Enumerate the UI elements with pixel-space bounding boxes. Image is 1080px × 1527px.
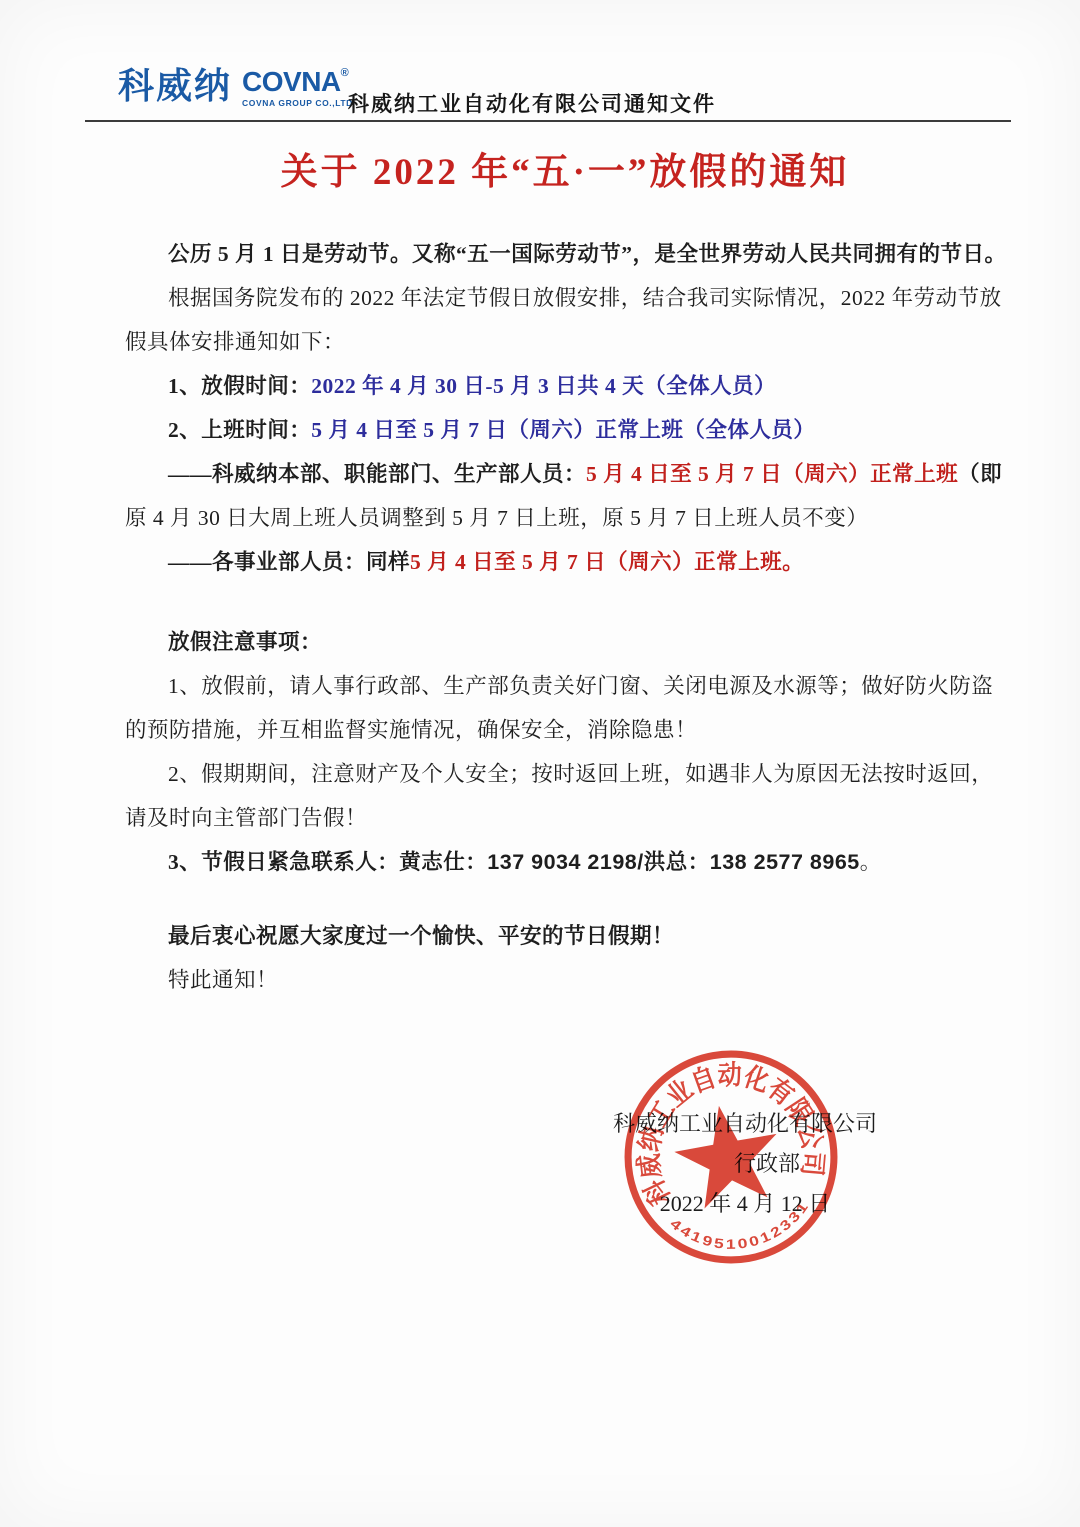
doc-type-label: 科威纳工业自动化有限公司通知文件 xyxy=(348,88,716,118)
note3-period: 。 xyxy=(860,850,882,874)
holiday-time-label: 1、放假时间： xyxy=(168,374,311,398)
registered-mark-icon: ® xyxy=(341,67,349,79)
dash-item-divisions: ——各事业部人员：同样5 月 4 日至 5 月 7 日（周六）正常上班。 xyxy=(125,540,1015,584)
basis-paragraph: 根据国务院发布的 2022 年法定节假日放假安排，结合我司实际情况，2022 年… xyxy=(125,276,1015,364)
closing-wish: 最后衷心祝愿大家度过一个愉快、平安的节日假期！ xyxy=(125,914,1015,958)
company-logo: 科威纳 COVNA® COVNA GROUP CO.,LTD xyxy=(118,68,353,108)
work-time-label: 2、上班时间： xyxy=(168,418,311,442)
contact2-phone: 138 2577 8965 xyxy=(710,850,860,874)
notice-title: 关于 2022 年“五·一”放假的通知 xyxy=(0,141,1080,195)
closing-notice: 特此通知！ xyxy=(125,958,1015,1002)
dash-item-headquarters: ——科威纳本部、职能部门、生产部人员：5 月 4 日至 5 月 7 日（周六）正… xyxy=(125,452,1015,540)
contact2-name: 洪总： xyxy=(644,850,710,874)
intro-paragraph: 公历 5 月 1 日是劳动节。又称“五一国际劳动节”，是全世界劳动人民共同拥有的… xyxy=(125,232,1015,276)
work-time-item: 2、上班时间：5 月 4 日至 5 月 7 日（周六）正常上班（全体人员） xyxy=(125,408,1015,452)
holiday-time-item: 1、放假时间：2022 年 4 月 30 日-5 月 3 日共 4 天（全体人员… xyxy=(125,364,1015,408)
note-item-2: 2、假期期间，注意财产及个人安全；按时返回上班，如遇非人为原因无法按时返回，请及… xyxy=(125,752,1015,840)
headquarters-paren: （即 xyxy=(958,462,1002,486)
company-stamp: 科威纳工业自动化有限公司 4419510012331 xyxy=(602,1028,859,1285)
logo-cn-text: 科威纳 xyxy=(118,68,232,104)
emergency-contact-label: 3、节假日紧急联系人： xyxy=(168,850,399,874)
logo-en-text: COVNA® xyxy=(242,68,353,96)
header-divider xyxy=(85,120,1011,122)
stamp-star-icon xyxy=(668,1097,787,1212)
contact1-name: 黄志仕： xyxy=(399,850,487,874)
divisions-schedule: 5 月 4 日至 5 月 7 日（周六）正常上班。 xyxy=(410,550,804,574)
notes-heading: 放假注意事项： xyxy=(125,620,1015,664)
note-item-1: 1、放假前，请人事行政部、生产部负责关好门窗、关闭电源及水源等；做好防火防盗的预… xyxy=(125,664,1015,752)
headquarters-note: 原 4 月 30 日大周上班人员调整到 5 月 7 日上班，原 5 月 7 日上… xyxy=(125,506,868,530)
logo-subtitle: COVNA GROUP CO.,LTD xyxy=(242,99,353,108)
contact1-phone: 137 9034 2198 xyxy=(487,850,637,874)
headquarters-schedule: 5 月 4 日至 5 月 7 日（周六）正常上班 xyxy=(586,462,958,486)
note-item-3: 3、节假日紧急联系人：黄志仕：137 9034 2198/洪总：138 2577… xyxy=(125,840,1015,884)
logo-en-block: COVNA® COVNA GROUP CO.,LTD xyxy=(242,68,353,108)
notice-body: 公历 5 月 1 日是劳动节。又称“五一国际劳动节”，是全世界劳动人民共同拥有的… xyxy=(125,232,1015,1002)
notice-document: 科威纳 COVNA® COVNA GROUP CO.,LTD 科威纳工业自动化有… xyxy=(0,0,1080,1527)
work-time-value: 5 月 4 日至 5 月 7 日（周六）正常上班（全体人员） xyxy=(311,418,815,442)
holiday-time-value: 2022 年 4 月 30 日-5 月 3 日共 4 天（全体人员） xyxy=(311,374,776,398)
divisions-label: ——各事业部人员：同样 xyxy=(168,550,410,574)
headquarters-label: ——科威纳本部、职能部门、生产部人员： xyxy=(168,462,586,486)
